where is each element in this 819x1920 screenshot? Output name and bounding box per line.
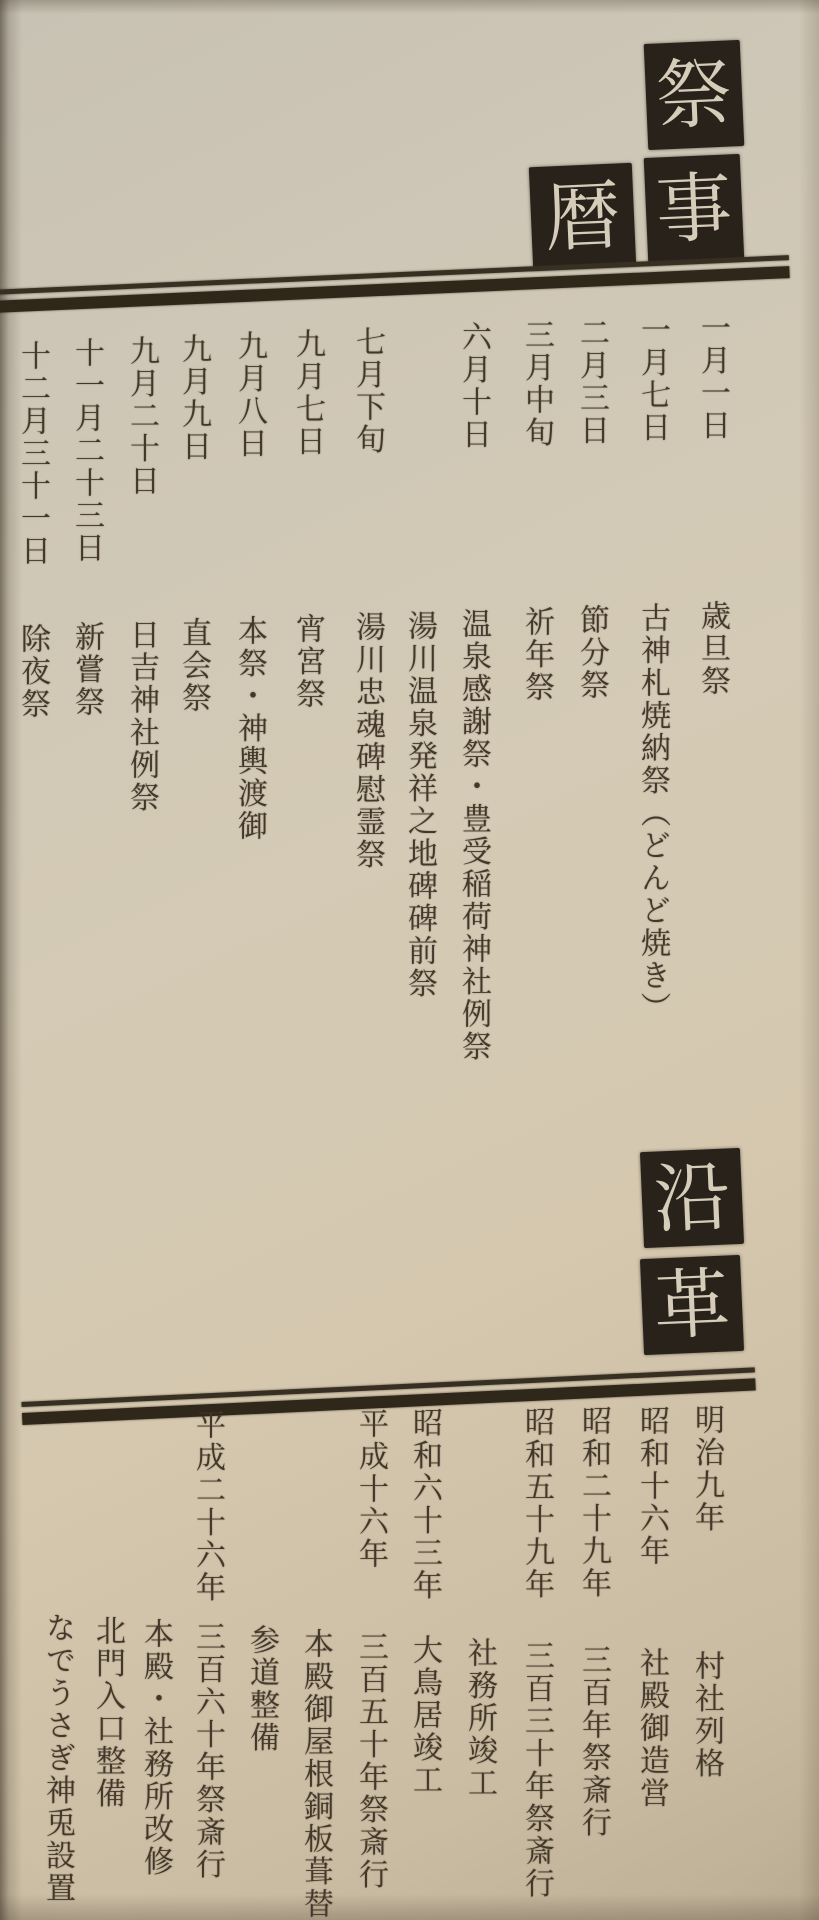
history-event: 三百三十年祭斎行 bbox=[509, 1640, 563, 1900]
festival-date: 六月十日 bbox=[446, 321, 500, 451]
history-year: 平成二十六年 bbox=[180, 1409, 234, 1604]
festival-name: 古神札焼納祭（どんど焼き） bbox=[625, 602, 679, 1025]
history-event: なでうさぎ神兎設置 bbox=[30, 1612, 84, 1905]
history-event: 村社列格 bbox=[679, 1650, 733, 1780]
festival-date: 十一月二十三日 bbox=[59, 337, 113, 565]
history-event: 参道整備 bbox=[234, 1624, 288, 1754]
festival-name: 本祭・神輿渡御 bbox=[222, 615, 276, 843]
page-photo: { "festival_calendar": { "title": "祭事暦",… bbox=[0, 0, 819, 1920]
festival-calendar-title-box-2: 事 bbox=[644, 154, 745, 264]
history-year: 昭和十六年 bbox=[624, 1405, 678, 1568]
festival-calendar-title-box-1: 祭 bbox=[644, 40, 745, 150]
festival-name: 祈年祭 bbox=[509, 606, 563, 704]
festival-name: 湯川温泉発祥之地碑碑前祭 bbox=[392, 610, 446, 1000]
festival-date: 九月七日 bbox=[280, 328, 334, 458]
festival-calendar-title-box-3: 暦 bbox=[529, 163, 636, 270]
festival-name: 日吉神社例祭 bbox=[114, 619, 168, 814]
festival-name: 新嘗祭 bbox=[59, 621, 113, 719]
festival-date: 一月一日 bbox=[685, 312, 739, 442]
festival-name: 宵宮祭 bbox=[280, 613, 334, 711]
history-event: 社務所竣工 bbox=[452, 1637, 506, 1800]
festival-date: 七月下旬 bbox=[340, 326, 394, 456]
history-event: 北門入口整備 bbox=[80, 1615, 134, 1810]
festival-date: 九月八日 bbox=[222, 330, 276, 460]
festival-name: 除夜祭 bbox=[5, 623, 59, 721]
history-event: 三百六十年祭斎行 bbox=[180, 1621, 234, 1881]
history-event: 三百年祭斎行 bbox=[566, 1644, 620, 1839]
festival-date: 九月二十日 bbox=[114, 335, 168, 498]
festival-date: 九月九日 bbox=[166, 333, 220, 463]
festival-name: 温泉感謝祭・豊受稲荷神社例祭 bbox=[446, 608, 500, 1063]
festival-name: 直会祭 bbox=[166, 617, 220, 715]
history-year: 昭和五十九年 bbox=[509, 1406, 563, 1601]
history-event: 本殿・社務所改修 bbox=[128, 1618, 182, 1878]
festival-date: 一月七日 bbox=[625, 314, 679, 444]
history-title-box-2: 革 bbox=[640, 1255, 744, 1355]
history-event: 三百五十年祭斎行 bbox=[343, 1631, 397, 1891]
history-title-box-1: 沿 bbox=[640, 1148, 744, 1248]
festival-calendar-divider-rule bbox=[0, 255, 790, 313]
festival-name: 節分祭 bbox=[564, 604, 618, 702]
festival-name: 湯川忠魂碑慰霊祭 bbox=[340, 611, 394, 871]
history-event: 本殿御屋根銅板葺替 bbox=[288, 1628, 342, 1920]
history-event: 大鳥居竣工 bbox=[397, 1634, 451, 1797]
history-year: 昭和六十三年 bbox=[397, 1407, 451, 1602]
history-event: 社殿御造営 bbox=[624, 1647, 678, 1810]
history-year: 明治九年 bbox=[679, 1404, 733, 1534]
history-year: 平成十六年 bbox=[343, 1408, 397, 1571]
festival-date: 三月中旬 bbox=[509, 319, 563, 449]
festival-date: 十二月三十一日 bbox=[5, 340, 59, 568]
festival-name: 歳旦祭 bbox=[685, 600, 739, 698]
festival-date: 二月三日 bbox=[564, 317, 618, 447]
history-year: 昭和二十九年 bbox=[566, 1405, 620, 1600]
